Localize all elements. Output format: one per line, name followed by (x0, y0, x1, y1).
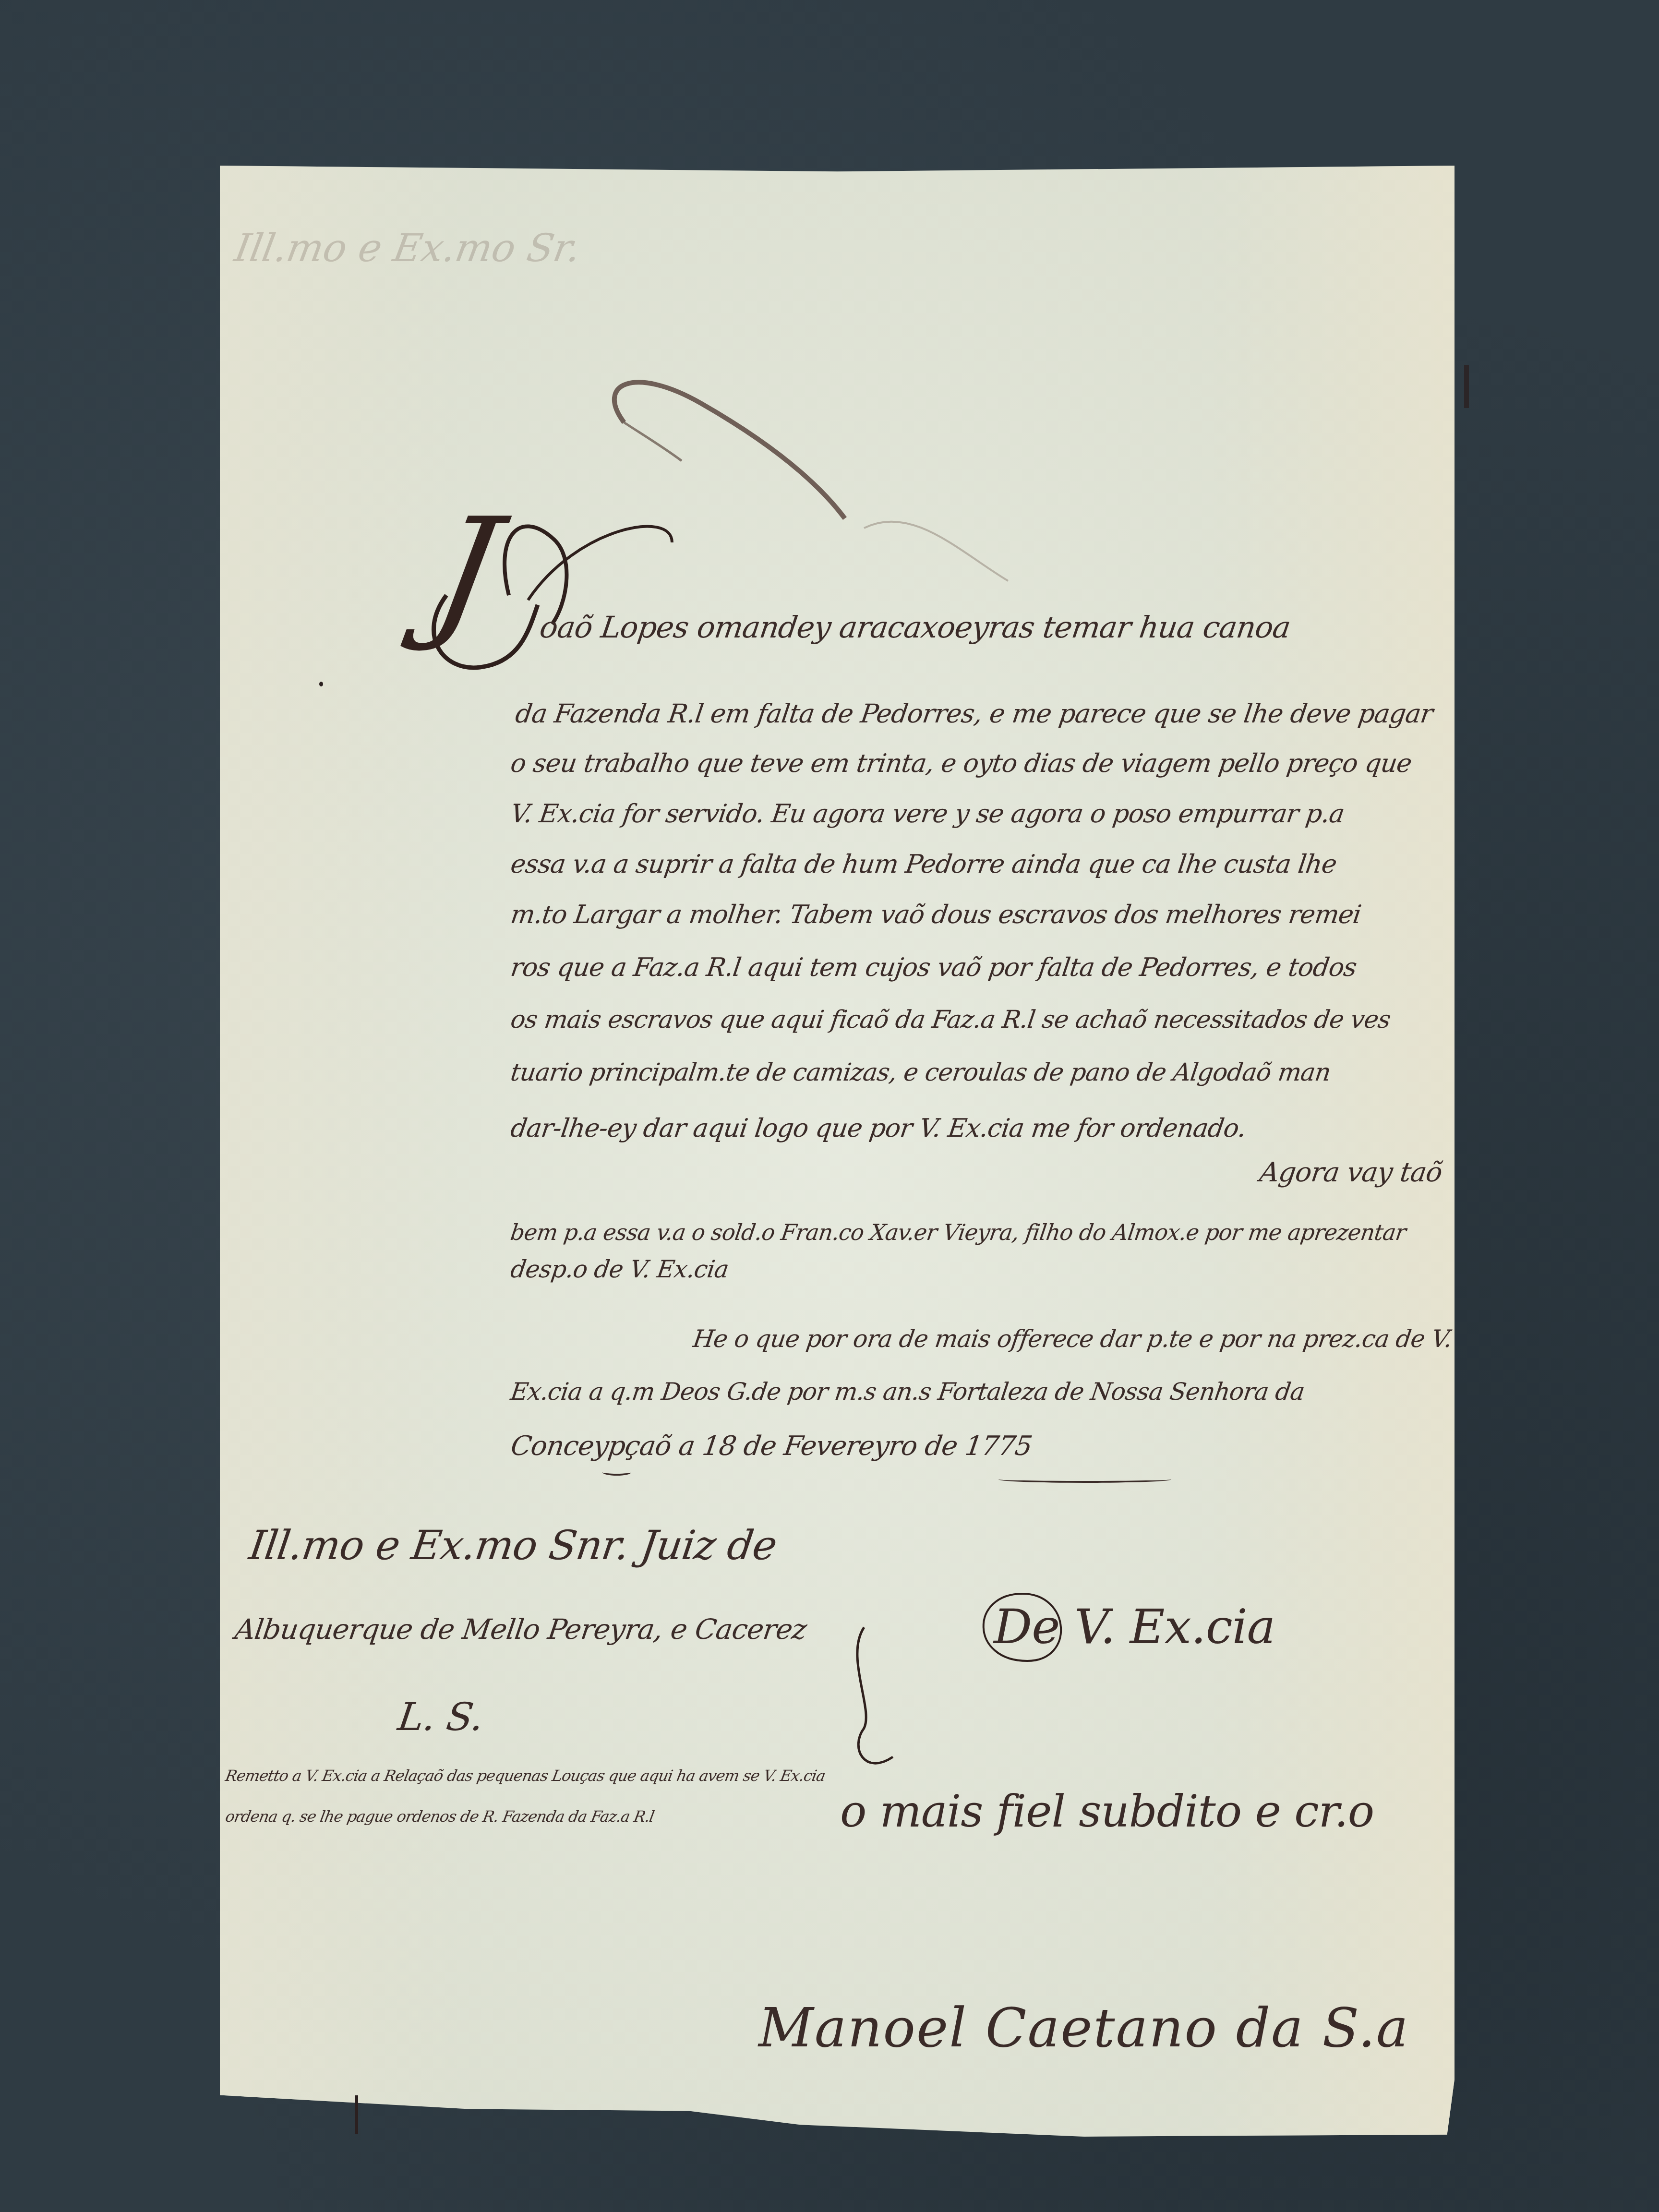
postscript-line-2: ordena q. se lhe pague ordenos de R. Faz… (224, 1807, 656, 1826)
body-line-6: m.to Largar a molher. Tabem vaõ dous esc… (509, 900, 1363, 929)
date-day-underline (602, 1469, 631, 1476)
body-line-9: tuario principalm.te de camizas, e cerou… (509, 1058, 1332, 1087)
body-line-8: os mais escravos que aqui ficaõ da Faz.a… (509, 1006, 1392, 1034)
address-initials: L. S. (395, 1695, 486, 1739)
body-line-4: V. Ex.cia for servido. Eu agora vere y s… (509, 799, 1346, 829)
body-line-3: o seu trabalho que teve em trinta, e oyt… (509, 749, 1413, 778)
address-line-2: Albuquerque de Mello Pereyra, e Cacerez (233, 1613, 808, 1646)
body-line-11: Agora vay taõ (1258, 1157, 1444, 1188)
body-line-14: He o que por ora de mais offerece dar p.… (691, 1325, 1454, 1353)
body-line-15: Ex.cia a q.m Deos G.de por m.s an.s Fort… (509, 1378, 1306, 1406)
ink-tick-mark (355, 2095, 358, 2134)
body-line-5: essa v.a a suprir a falta de hum Pedorre… (509, 850, 1338, 879)
closing-courtesy: De V. Ex.cia (994, 1599, 1275, 1655)
body-line-1: oaõ Lopes omandey aracaxoeyras temar hua… (538, 610, 1293, 645)
body-line-13: desp.o de V. Ex.cia (509, 1255, 730, 1283)
postscript-line-1: Remetto a V. Ex.cia a Relaçaõ das pequen… (224, 1767, 827, 1785)
body-line-7: ros que a Faz.a R.l aqui tem cujos vaõ p… (509, 953, 1358, 982)
body-line-12: bem p.a essa v.a o sold.o Fran.co Xav.er… (509, 1219, 1407, 1245)
address-line-1: Ill.mo e Ex.mo Snr. Juiz de (246, 1522, 780, 1569)
body-line-16: Conceypçaõ a 18 de Fevereyro de 1775 (509, 1431, 1034, 1462)
closing-subscription: o mais fiel subdito e cr.o (840, 1786, 1374, 1837)
manuscript-page (220, 166, 1455, 2139)
body-line-10: dar-lhe-ey dar aqui logo que por V. Ex.c… (509, 1114, 1248, 1143)
ink-speck (1464, 365, 1469, 408)
ink-speck (319, 682, 323, 686)
body-line-2: da Fazenda R.l em falta de Pedorres, e m… (514, 698, 1435, 729)
faded-heading: Ill.mo e Ex.mo Sr. (231, 226, 584, 270)
date-year-underline (998, 1476, 1171, 1483)
signature: Manoel Caetano da S.a (758, 1997, 1409, 2059)
